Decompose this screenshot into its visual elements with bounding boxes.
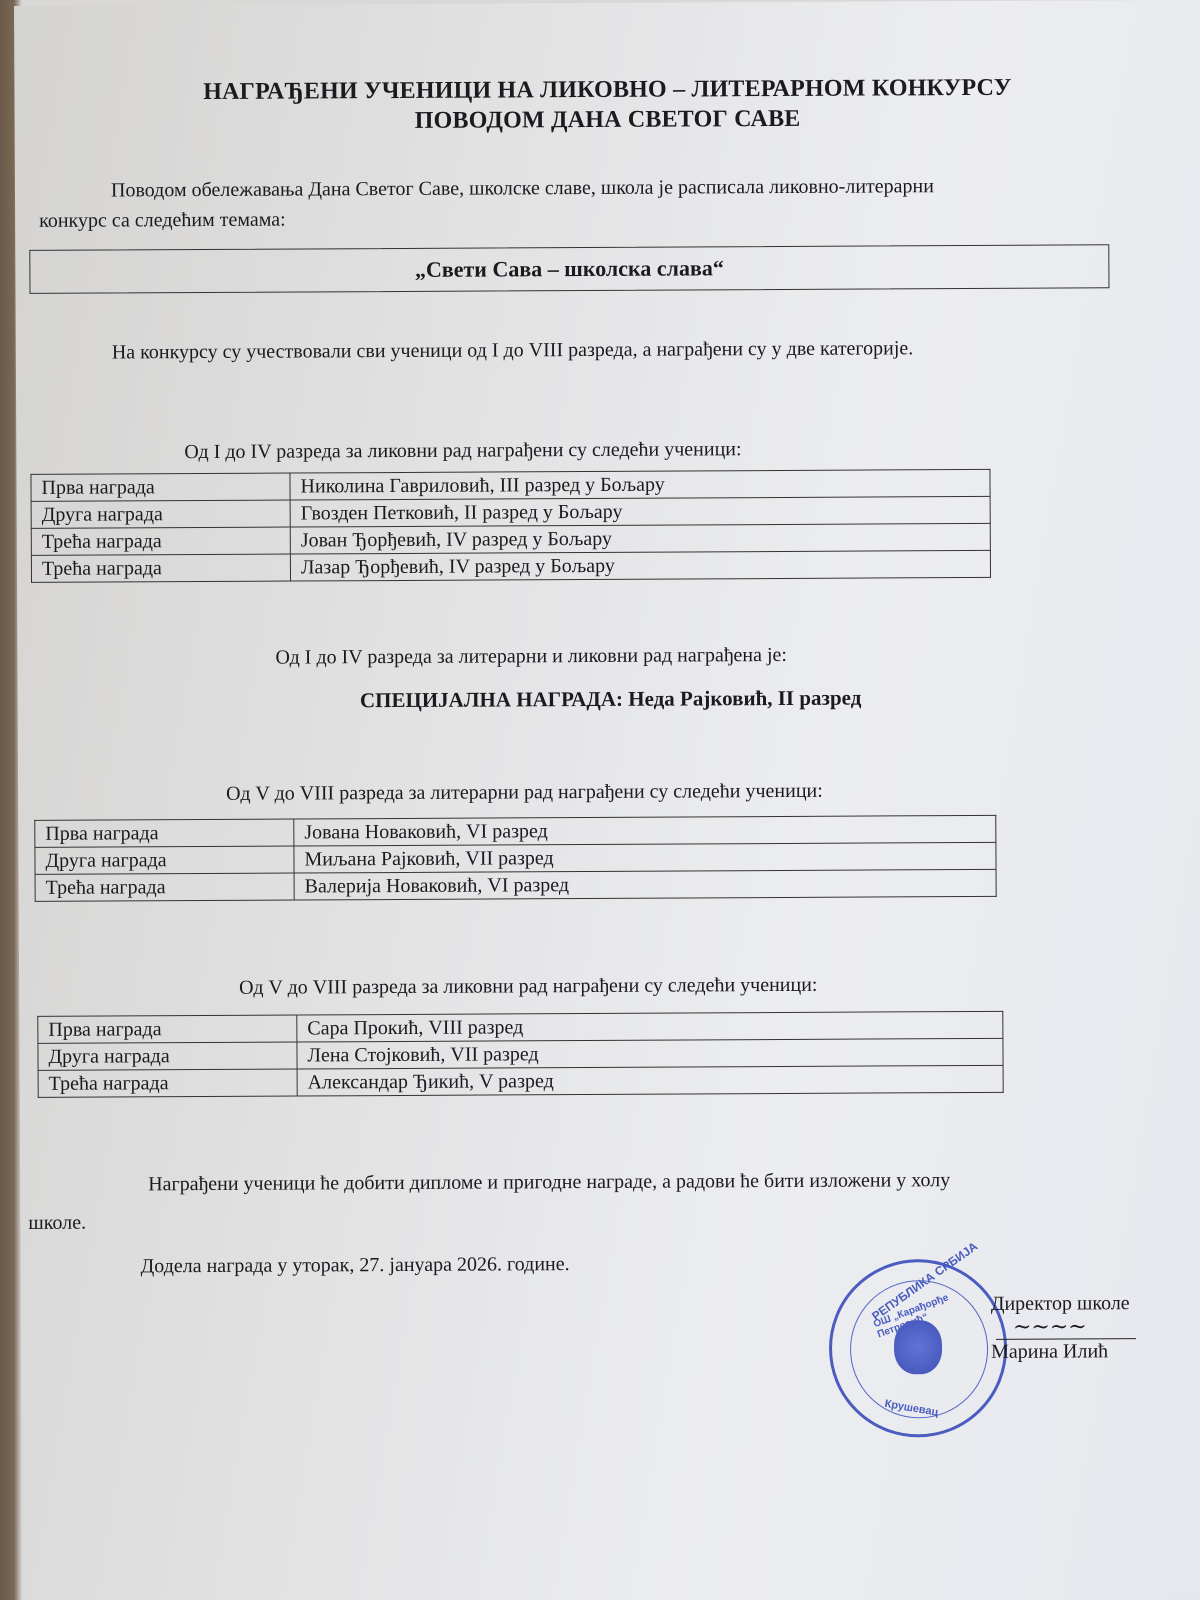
winner-cell: Лена Стојковић, VII разред <box>297 1038 1003 1069</box>
winner-cell: Александар Ђикић, V разред <box>297 1065 1003 1096</box>
winner-cell: Јована Новаковић, VI разред <box>294 815 996 846</box>
school-stamp: РЕПУБЛИКА СРБИЈА ОШ „Карађорђе Петровић“… <box>829 1259 1008 1438</box>
awards-table-3: Прва наградаСара Прокић, VIII разред Дру… <box>37 1011 1003 1098</box>
prize-cell: Трећа награда <box>31 554 290 582</box>
table-row: Трећа наградаЛазар Ђорђевић, IV разред у… <box>31 550 990 582</box>
intro-line-1: Поводом обележавања Дана Светог Саве, шк… <box>111 173 934 203</box>
special-award: СПЕЦИЈАЛНА НАГРАДА: Неда Рајковић, II ра… <box>18 684 1200 715</box>
closing-line-1: Награђени ученици ће добити дипломе и пр… <box>148 1167 950 1197</box>
table-row: Трећа наградаВалерија Новаковић, VI разр… <box>35 869 996 901</box>
section-heading-1: Од I до IV разреда за ликовни рад награђ… <box>184 436 741 465</box>
prize-cell: Друга награда <box>35 846 294 874</box>
prize-cell: Трећа награда <box>35 873 294 901</box>
closing-line-2: школе. <box>28 1210 86 1236</box>
winner-cell: Сара Прокић, VIII разред <box>297 1011 1003 1042</box>
document-page: НАГРАЂЕНИ УЧЕНИЦИ НА ЛИКОВНО – ЛИТЕРАРНО… <box>14 0 1200 1600</box>
handwritten-signature-icon: ~~~~ <box>991 1316 1130 1339</box>
intro-line-2: конкурс са следећим темама: <box>39 207 286 234</box>
theme-title: „Свети Сава – школска слава“ <box>415 255 724 283</box>
prize-cell: Прва награда <box>31 473 290 501</box>
table-row: Трећа наградаАлександар Ђикић, V разред <box>38 1065 1003 1097</box>
winner-cell: Гвозден Петковић, II разред у Бољару <box>290 496 990 527</box>
winner-cell: Николина Гавриловић, III разред у Бољару <box>290 469 990 500</box>
winner-cell: Миљана Рајковић, VII разред <box>294 842 996 873</box>
prize-cell: Друга награда <box>31 500 290 528</box>
signature-block: Директор школе ~~~~ Марина Илић <box>991 1290 1130 1365</box>
title-line-2: ПОВОДОМ ДАНА СВЕТОГ САВЕ <box>15 102 1200 138</box>
signature-title: Директор школе <box>991 1290 1130 1317</box>
prize-cell: Трећа награда <box>38 1069 297 1097</box>
prize-cell: Друга награда <box>38 1042 297 1070</box>
winner-cell: Валерија Новаковић, VI разред <box>294 869 996 900</box>
awards-table-1: Прва наградаНиколина Гавриловић, III раз… <box>30 469 991 583</box>
prize-cell: Прва награда <box>38 1015 297 1043</box>
ceremony-date: Додела награда у уторак, 27. јануара 202… <box>141 1251 570 1279</box>
prize-cell: Трећа награда <box>31 527 290 555</box>
section-heading-3: Од V до VIII разреда за ликовни рад нагр… <box>239 972 817 1001</box>
winner-cell: Лазар Ђорђевић, IV разред у Бољару <box>290 550 990 581</box>
prize-cell: Прва награда <box>35 819 294 847</box>
section-heading-2: Од V до VIII разреда за литерарни рад на… <box>226 778 823 807</box>
winner-cell: Јован Ђорђевић, IV разред у Бољару <box>290 523 990 554</box>
theme-box: „Свети Сава – школска слава“ <box>29 244 1109 294</box>
special-heading: Од I до IV разреда за литерарни и ликовн… <box>275 642 787 671</box>
document-title: НАГРАЂЕНИ УЧЕНИЦИ НА ЛИКОВНО – ЛИТЕРАРНО… <box>14 72 1200 138</box>
awards-table-2: Прва наградаЈована Новаковић, VI разред … <box>34 815 996 902</box>
participation-text: На конкурсу су учествовали сви ученици о… <box>112 335 914 365</box>
signature-name: Марина Илић <box>991 1338 1130 1365</box>
